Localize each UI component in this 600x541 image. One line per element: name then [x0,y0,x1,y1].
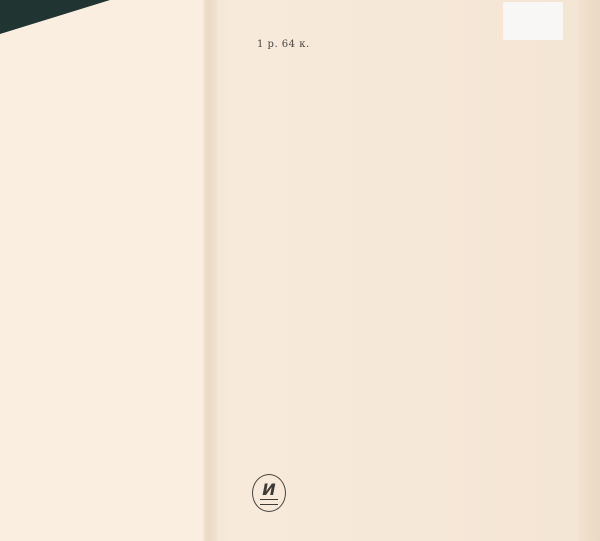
cover-flap [0,0,212,541]
back-cover [205,0,600,541]
library-sticker [503,2,563,40]
publisher-logo-icon: И [252,474,286,512]
spine-fold [203,0,217,541]
publisher-logo-letter: И [262,482,275,498]
publisher-logo-base [260,499,278,505]
price-label: 1 р. 64 к. [257,39,310,50]
cover-right-edge [578,0,600,541]
